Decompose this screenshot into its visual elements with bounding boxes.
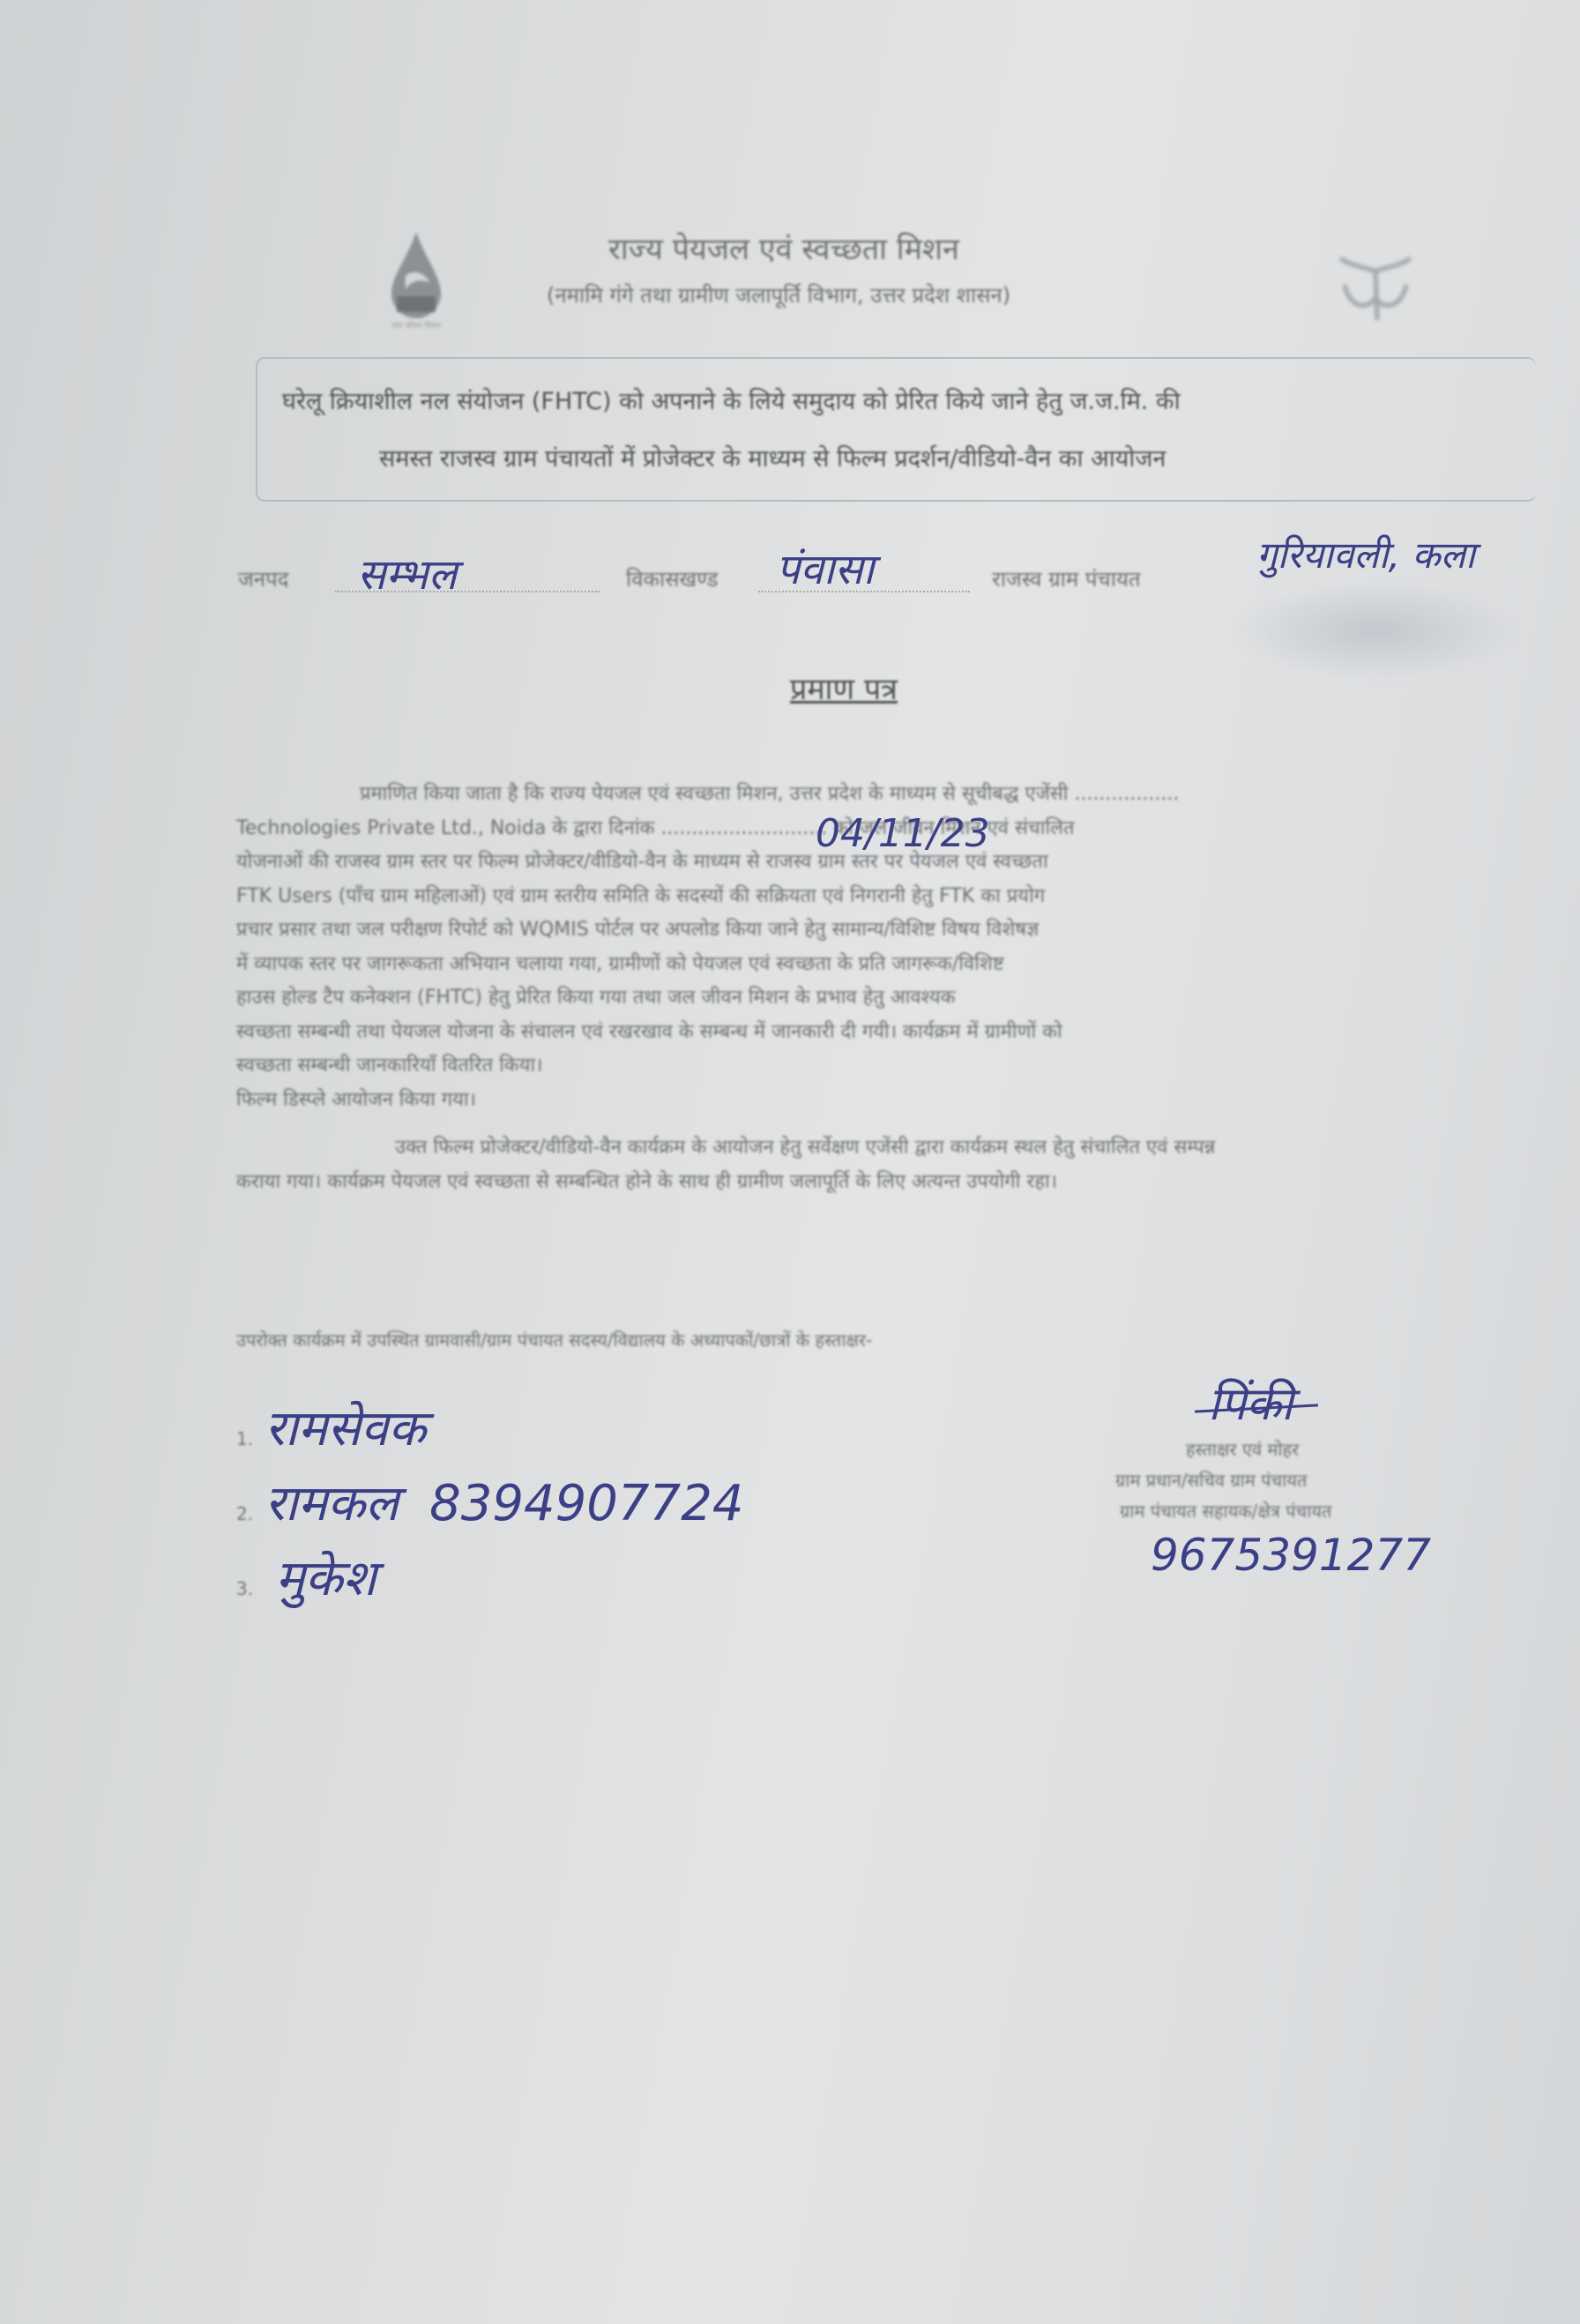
- svg-text:जल जीवन मिशन: जल जीवन मिशन: [391, 320, 442, 331]
- attendee-signature: रामकल: [265, 1475, 399, 1532]
- body-line: उक्त फिल्म प्रोजेक्टर/वीडियो-वैन कार्यक्…: [236, 1131, 1524, 1166]
- mission-title: राज्य पेयजल एवं स्वच्छता मिशन: [608, 227, 959, 268]
- attendee-signature: रामसेवक: [265, 1400, 426, 1457]
- water-drop-logo-icon: जल जीवन मिशन: [381, 227, 451, 333]
- body-line: में व्यापक स्तर पर जागरूकता अभियान चलाया…: [236, 948, 1524, 982]
- body-line: प्रमाणित किया जाता है कि राज्य पेयजल एवं…: [236, 778, 1524, 812]
- body-line: स्वच्छता सम्बन्धी तथा पेयजल योजना के संच…: [236, 1016, 1524, 1050]
- officer-title-line-3: ग्राम पंचायत सहायक/क्षेत्र पंचायत: [1120, 1499, 1331, 1523]
- stamp-smudge: [1234, 582, 1517, 679]
- attendee-number: 2.: [236, 1503, 253, 1524]
- attendee-number: 1.: [236, 1428, 253, 1449]
- block-value: पंवासा: [776, 540, 874, 597]
- mission-subtitle: (नमामि गंगे तथा ग्रामीण जलापूर्ति विभाग,…: [547, 280, 1010, 309]
- body-line: स्वच्छता सम्बन्धी जानकारियाँ वितरित किया…: [236, 1049, 1524, 1084]
- body-paragraph-2: उक्त फिल्म प्रोजेक्टर/वीडियो-वैन कार्यक्…: [236, 1131, 1524, 1199]
- officer-title-line-2: ग्राम प्रधान/सचिव ग्राम पंचायत: [1115, 1468, 1307, 1492]
- attendee-row-3: 3. मुकेश: [236, 1543, 376, 1610]
- body-line: कराया गया। कार्यक्रम पेयजल एवं स्वच्छता …: [236, 1166, 1524, 1200]
- panchayat-value: गुरियावली, कला: [1256, 529, 1475, 579]
- block-label: विकासखण्ड: [626, 564, 718, 593]
- body-line: FTK Users (पाँच ग्राम महिलाओं) एवं ग्राम…: [236, 880, 1524, 914]
- body-line: फिल्म डिस्प्ले आयोजन किया गया।: [236, 1084, 1524, 1118]
- subject-line-2: समस्त राजस्व ग्राम पंचायतों में प्रोजेक्…: [379, 441, 1525, 473]
- district-label: जनपद: [238, 564, 289, 593]
- certificate-page: जल जीवन मिशन राज्य पेयजल एवं स्वच्छता मि…: [0, 0, 1580, 2324]
- attendee-phone: 8394907724: [429, 1475, 743, 1532]
- attendee-signature: मुकेश: [275, 1550, 376, 1607]
- officer-phone: 9675391277: [1151, 1530, 1431, 1581]
- officer-title-line-1: हस्ताक्षर एवं मोहर: [1186, 1437, 1299, 1461]
- subject-line-1: घरेलू क्रियाशील नल संयोजन (FHTC) को अपना…: [282, 384, 1534, 416]
- signatories-heading: उपरोक्त कार्यक्रम में उपस्थित ग्रामवासी/…: [236, 1327, 942, 1353]
- officer-signature: पिंकी: [1208, 1371, 1293, 1434]
- panchayat-label: राजस्व ग्राम पंचायत: [992, 564, 1141, 593]
- body-line: प्रचार प्रसार तथा जल परीक्षण रिपोर्ट को …: [236, 913, 1524, 948]
- district-value: सम्भल: [357, 545, 457, 602]
- handwritten-date: 04/11/23: [816, 811, 990, 856]
- attendee-number: 3.: [236, 1578, 253, 1599]
- body-line: हाउस होल्ड टैप कनेक्शन (FHTC) हेतु प्रेर…: [236, 981, 1524, 1016]
- swachh-bharat-emblem-icon: [1331, 245, 1420, 324]
- certificate-title: प्रमाण पत्र: [790, 667, 898, 708]
- subject-box: [256, 357, 1536, 502]
- attendee-row-2: 2. रामकल 8394907724: [236, 1468, 743, 1535]
- attendee-row-1: 1. रामसेवक: [236, 1393, 426, 1460]
